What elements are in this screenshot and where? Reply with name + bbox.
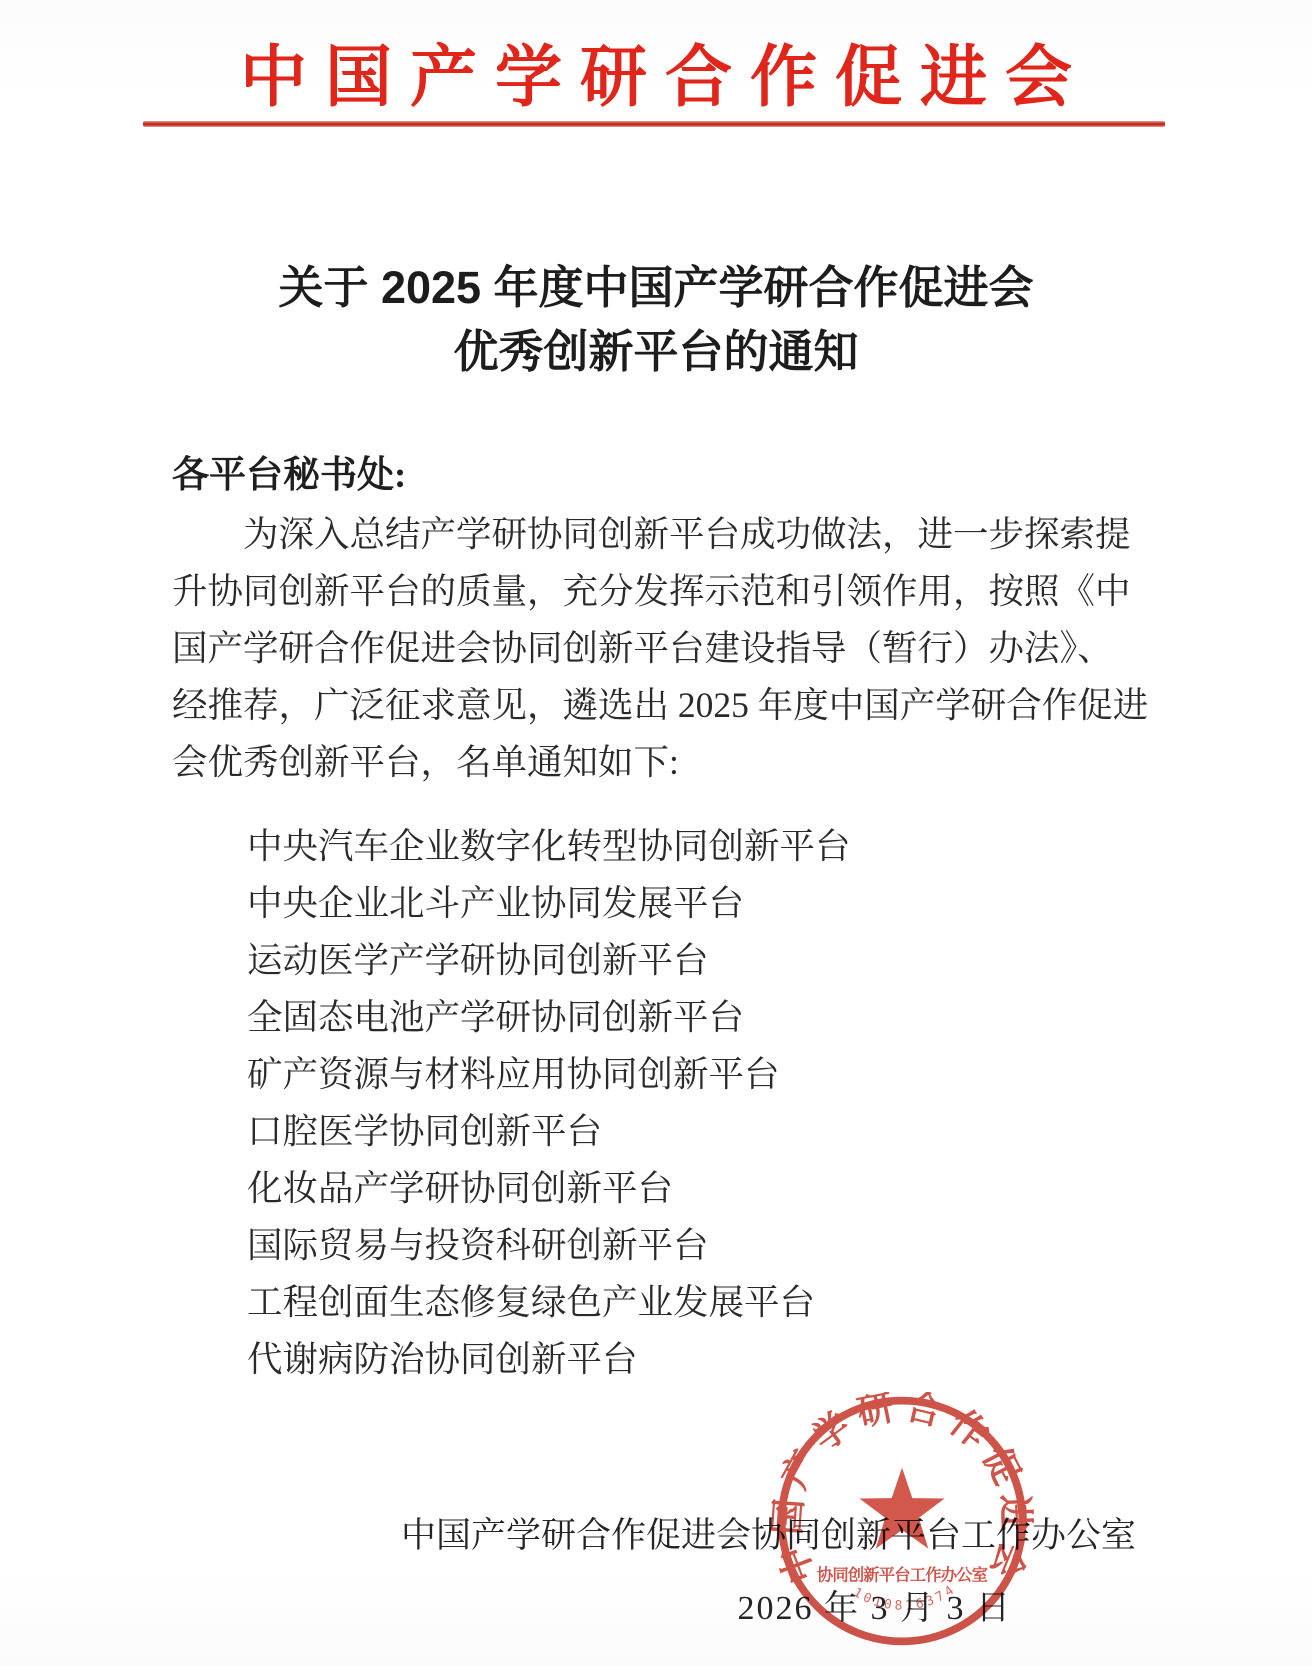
main-paragraph: 为深入总结产学研协同创新平台成功做法，进一步探索提 升协同创新平台的质量，充分发… (172, 506, 1182, 791)
platform-list-item: 运动医学产学研协同创新平台 (247, 932, 851, 989)
platform-list-item: 全固态电池产学研协同创新平台 (247, 989, 851, 1046)
platform-list: 中央汽车企业数字化转型协同创新平台 中央企业北斗产业协同发展平台 运动医学产学研… (247, 818, 851, 1388)
official-seal-graphic: 中国产学研合作促进会 协同创新平台工作办公室 101081637455 (770, 1392, 1034, 1650)
salutation: 各平台秘书处: (172, 444, 406, 498)
platform-list-item: 工程创面生态修复绿色产业发展平台 (247, 1274, 851, 1331)
platform-list-item: 矿产资源与材料应用协同创新平台 (247, 1046, 851, 1103)
platform-list-item: 中央汽车企业数字化转型协同创新平台 (247, 818, 851, 875)
paragraph-line: 为深入总结产学研协同创新平台成功做法，进一步探索提 (172, 506, 1182, 563)
platform-list-item: 国际贸易与投资科研创新平台 (247, 1217, 851, 1274)
paragraph-line: 会优秀创新平台，名单通知如下: (172, 734, 1182, 791)
paragraph-line: 国产学研合作促进会协同创新平台建设指导（暂行）办法》、 (172, 620, 1182, 677)
document-title: 关于 2025 年度中国产学研合作促进会 优秀创新平台的通知 (0, 256, 1312, 384)
document-title-line2: 优秀创新平台的通知 (0, 320, 1312, 384)
platform-list-item: 口腔医学协同创新平台 (247, 1103, 851, 1160)
platform-list-item: 化妆品产学研协同创新平台 (247, 1160, 851, 1217)
paragraph-line: 经推荐，广泛征求意见，遴选出 2025 年度中国产学研合作促进 (172, 677, 1182, 734)
official-seal: 中国产学研合作促进会 协同创新平台工作办公室 101081637455 (770, 1392, 1034, 1650)
document-title-line1: 关于 2025 年度中国产学研合作促进会 (0, 256, 1312, 320)
letterhead-org-name: 中国产学研合作促进会 (0, 24, 1312, 120)
star-icon (859, 1468, 944, 1549)
letterhead-divider (143, 121, 1165, 127)
platform-list-item: 代谢病防治协同创新平台 (247, 1331, 851, 1388)
platform-list-item: 中央企业北斗产业协同发展平台 (247, 875, 851, 932)
official-notice-document: 中国产学研合作促进会 关于 2025 年度中国产学研合作促进会 优秀创新平台的通… (0, 0, 1312, 1666)
seal-office-text: 协同创新平台工作办公室 (817, 1565, 988, 1584)
paragraph-line: 升协同创新平台的质量，充分发挥示范和引领作用，按照《中 (172, 563, 1182, 620)
